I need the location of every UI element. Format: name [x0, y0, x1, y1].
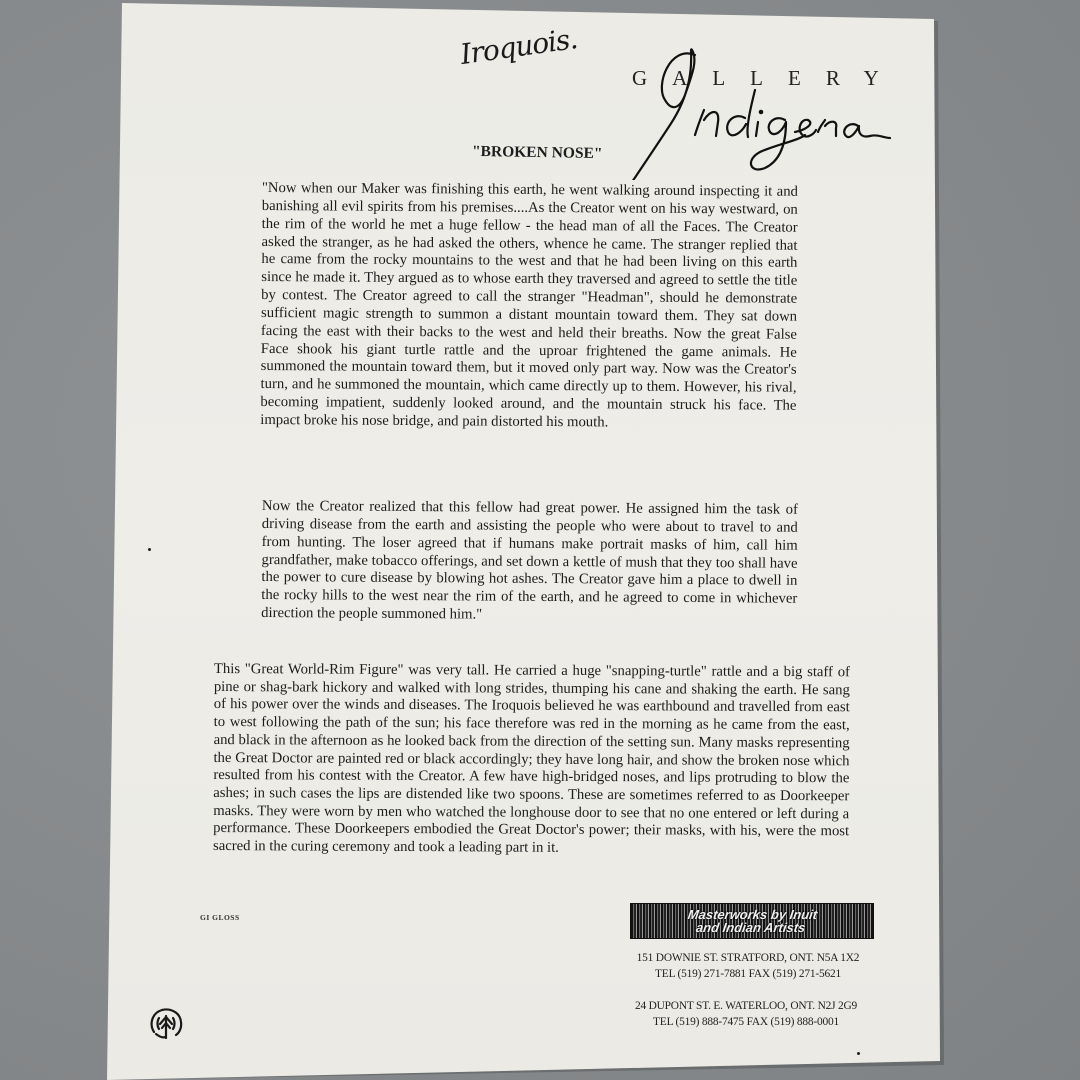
paper-speck: [857, 1052, 860, 1055]
code-tag: GI GLOSS: [200, 913, 240, 922]
address-stratford: 151 DOWNIE ST. STRATFORD, ONT. N5A 1X2 T…: [618, 950, 878, 982]
banner-line-2: and Indian Artists: [686, 921, 817, 934]
quote-text: Now the Creator realized that this fello…: [261, 498, 798, 627]
main-paragraph: This "Great World-Rim Figure" was very t…: [213, 661, 850, 859]
address-line: 151 DOWNIE ST. STRATFORD, ONT. N5A 1X2: [618, 950, 878, 966]
paper-speck: [148, 548, 151, 551]
address-line: 24 DUPONT ST. E. WATERLOO, ONT. N2J 2G9: [616, 998, 876, 1014]
phone-line: TEL (519) 888-7475 FAX (519) 888-0001: [616, 1014, 876, 1030]
quote-paragraph-2: Now the Creator realized that this fello…: [261, 498, 798, 627]
indigena-script-logo: [600, 40, 900, 180]
address-waterloo: 24 DUPONT ST. E. WATERLOO, ONT. N2J 2G9 …: [616, 998, 876, 1030]
quote-text: "Now when our Maker was finishing this e…: [260, 180, 798, 434]
phone-line: TEL (519) 271-7881 FAX (519) 271-5621: [618, 966, 878, 982]
circular-tree-emblem-icon: [148, 1006, 184, 1042]
quote-paragraph-1: "Now when our Maker was finishing this e…: [260, 180, 798, 434]
banner-text: Masterworks by Inuit and Indian Artists: [686, 908, 819, 934]
masterworks-banner: Masterworks by Inuit and Indian Artists: [630, 903, 874, 939]
document-title: "BROKEN NOSE": [472, 143, 603, 163]
